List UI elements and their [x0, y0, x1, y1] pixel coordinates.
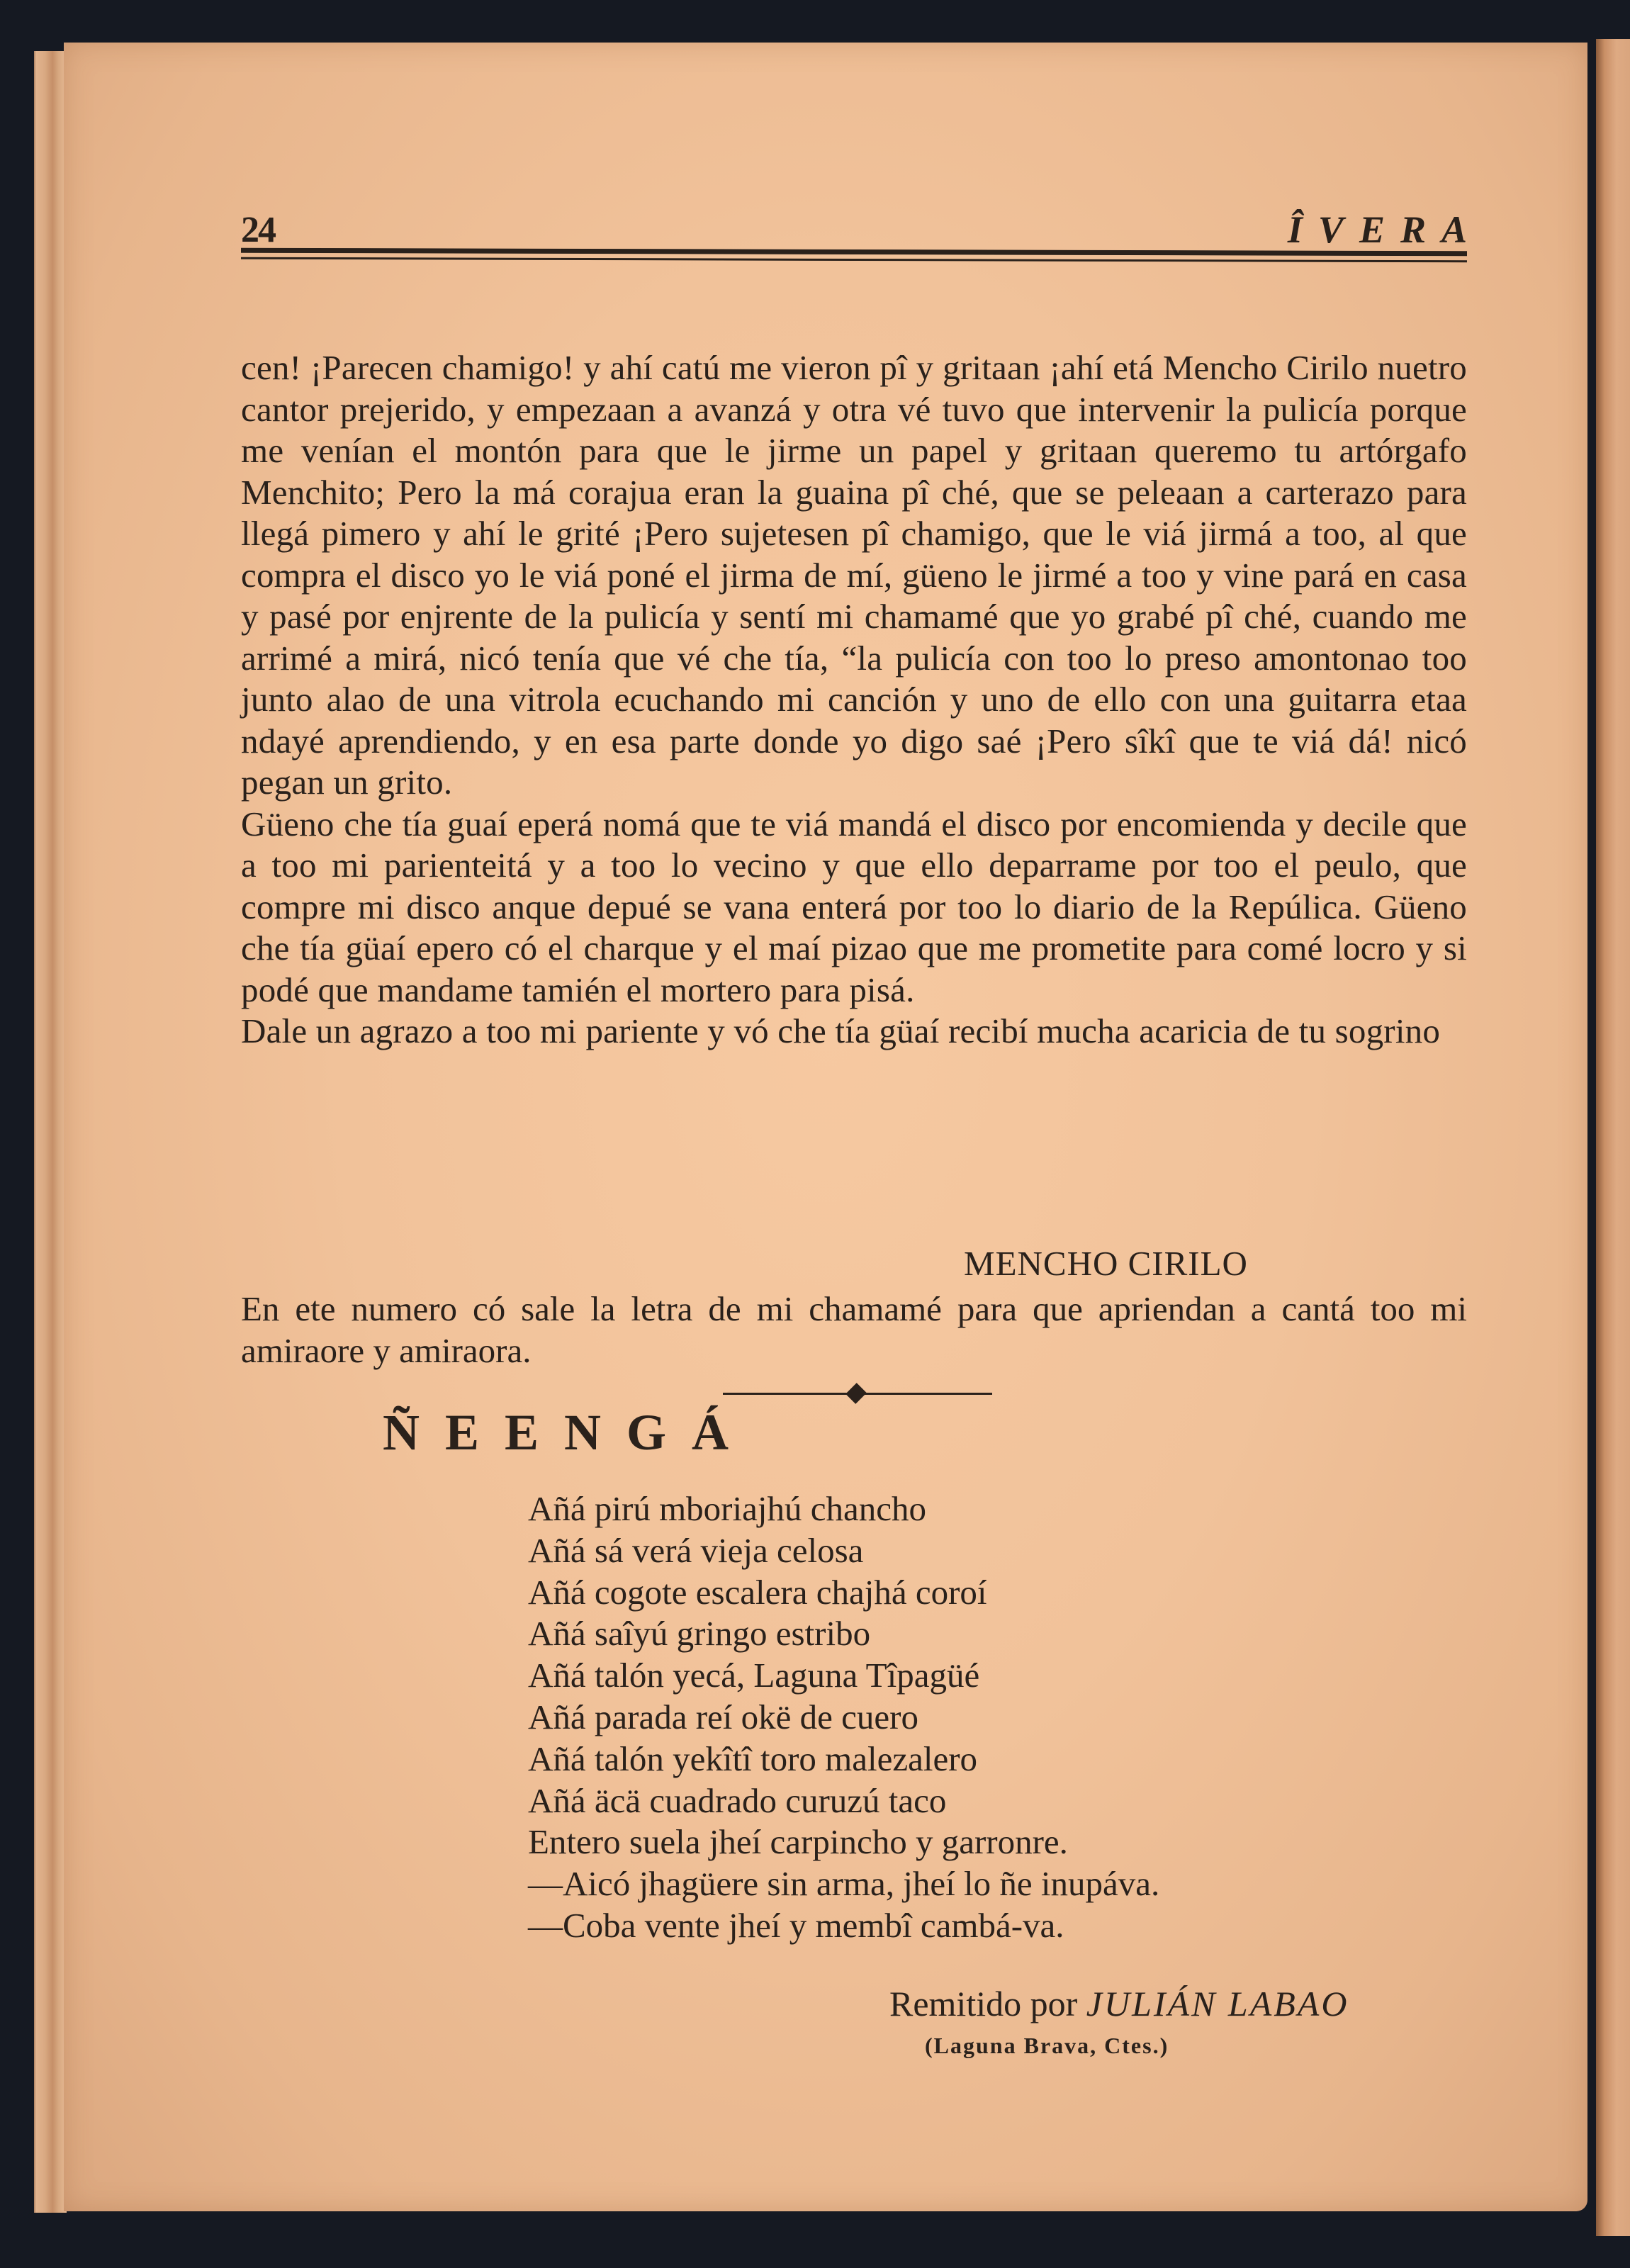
poem-verse: Añá äcä cuadrado curuzú taco: [528, 1780, 1159, 1822]
poem-attribution: Remitido por JULIÁN LABAO: [889, 1983, 1349, 2024]
header-double-rule: [241, 248, 1467, 263]
magazine-page: 24 ÎVERA cen! ¡Parecen chamigo! y ahí ca…: [64, 43, 1587, 2211]
letter-body: cen! ¡Parecen chamigo! y ahí catú me vie…: [241, 347, 1467, 1052]
poem-title: ÑEENGÁ: [383, 1403, 754, 1462]
poem-verse: Añá saîyú gringo estribo: [528, 1613, 1159, 1655]
poem-verse: —Coba vente jheí y membî cambá-va.: [528, 1905, 1159, 1947]
letter-signature: MENCHO CIRILO: [964, 1243, 1248, 1284]
letter-paragraph: Güeno che tía guaí eperá nomá que te viá…: [241, 804, 1467, 1011]
poem-verse: Añá cogote escalera chajhá coroí: [528, 1572, 1159, 1614]
adjacent-page-edge: [1596, 39, 1630, 2236]
scanned-page: 24 ÎVERA cen! ¡Parecen chamigo! y ahí ca…: [0, 0, 1630, 2268]
closing-note: En ete numero có sale la letra de mi cha…: [241, 1289, 1467, 1371]
page-number: 24: [241, 209, 275, 251]
poem-verse: Entero suela jheí carpincho y garronre.: [528, 1821, 1159, 1863]
magazine-title: ÎVERA: [1288, 208, 1483, 252]
poem-verse: Añá talón yekîtî toro malezalero: [528, 1739, 1159, 1780]
poem-verses: Añá pirú mboriajhú chancho Añá sá verá v…: [528, 1488, 1159, 1947]
poem-verse: Añá pirú mboriajhú chancho: [528, 1488, 1159, 1530]
attribution-prefix: Remitido por: [889, 1984, 1086, 2023]
attribution-location: (Laguna Brava, Ctes.): [925, 2033, 1169, 2059]
attribution-author: JULIÁN LABAO: [1086, 1984, 1349, 2023]
poem-verse: Añá sá verá vieja celosa: [528, 1530, 1159, 1572]
poem-verse: Añá parada reí okë de cuero: [528, 1697, 1159, 1739]
binding-edge: [34, 51, 67, 2213]
poem-verse: —Aicó jhagüere sin arma, jheí lo ñe inup…: [528, 1863, 1159, 1905]
letter-paragraph: Dale un agrazo a too mi pariente y vó ch…: [241, 1011, 1467, 1052]
ornamental-divider: [723, 1383, 992, 1405]
poem-verse: Añá talón yecá, Laguna Tîpagüé: [528, 1655, 1159, 1697]
diamond-ornament-icon: [845, 1383, 867, 1404]
letter-paragraph: cen! ¡Parecen chamigo! y ahí catú me vie…: [241, 347, 1467, 804]
